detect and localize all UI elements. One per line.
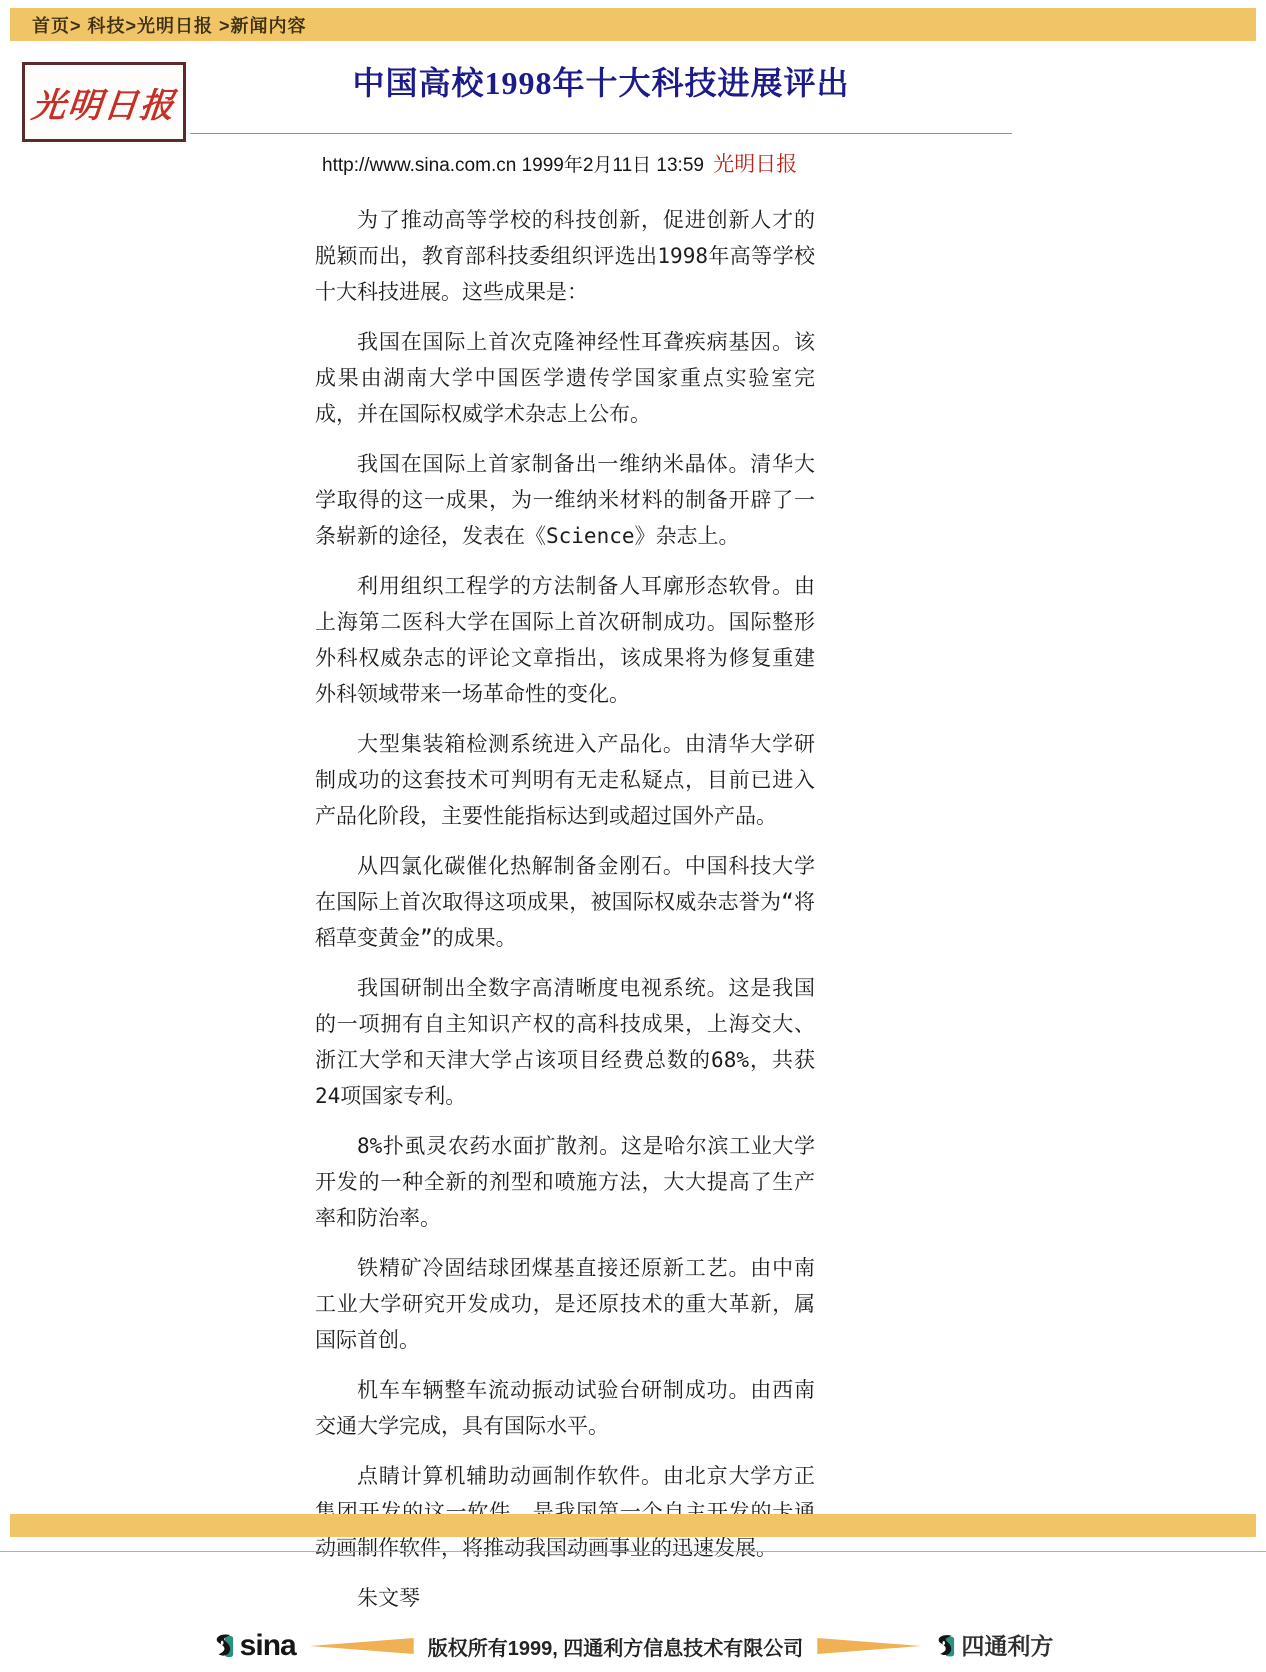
article-paragraph: 大型集装箱检测系统进入产品化。由清华大学研制成功的这套技术可判明有无走私疑点，目…: [315, 726, 815, 834]
title-block: 中国高校1998年十大科技进展评出: [190, 64, 1012, 102]
bottom-gold-bar: [10, 1514, 1256, 1537]
sina-eye-icon: [213, 1633, 235, 1660]
page-title: 中国高校1998年十大科技进展评出: [190, 64, 1012, 102]
article-paragraph: 铁精矿冷固结球团煤基直接还原新工艺。由中南工业大学研究开发成功，是还原技术的重大…: [315, 1250, 815, 1358]
article-paragraph: 为了推动高等学校的科技创新，促进创新人才的脱颖而出，教育部科技委组织评选出199…: [315, 202, 815, 310]
article-signature: 朱文琴: [315, 1580, 815, 1616]
stone-logo-text: 四通利方: [961, 1635, 1053, 1658]
footer: sina 版权所有1999, 四通利方信息技术有限公司 四通利方: [0, 1628, 1266, 1664]
left-wedge-icon: [310, 1638, 414, 1654]
byline-source[interactable]: 光明日报: [713, 153, 797, 176]
guangming-daily-logo-text: 光明日报: [29, 78, 178, 127]
breadcrumb-bar: 首页> 科技>光明日报 >新闻内容: [10, 8, 1256, 41]
article-paragraph: 我国在国际上首家制备出一维纳米晶体。清华大学取得的这一成果，为一维纳米材料的制备…: [315, 446, 815, 554]
byline: http://www.sina.com.cn 1999年2月11日 13:59 …: [322, 148, 797, 178]
bottom-divider: [0, 1551, 1266, 1552]
byline-url[interactable]: http://www.sina.com.cn: [322, 155, 516, 176]
article-paragraph: 点睛计算机辅助动画制作软件。由北京大学方正集团开发的这一软件，是我国第一个自主开…: [315, 1458, 815, 1566]
article-paragraph: 机车车辆整车流动振动试验台研制成功。由西南交通大学完成，具有国际水平。: [315, 1372, 815, 1444]
article-paragraph: 我国在国际上首次克隆神经性耳聋疾病基因。该成果由湖南大学中国医学遗传学国家重点实…: [315, 324, 815, 432]
stone-rich-sight-logo[interactable]: 四通利方: [935, 1634, 1053, 1659]
byline-datetime: 1999年2月11日 13:59: [522, 155, 704, 176]
breadcrumb[interactable]: 首页> 科技>光明日报 >新闻内容: [32, 12, 307, 38]
sina-logo-text: sina: [240, 1631, 296, 1661]
guangming-daily-logo[interactable]: 光明日报: [22, 62, 186, 142]
article-paragraph: 从四氯化碳催化热解制备金刚石。中国科技大学在国际上首次取得这项成果，被国际权威杂…: [315, 848, 815, 956]
stone-eye-icon: [935, 1634, 956, 1659]
copyright-text: 版权所有1999, 四通利方信息技术有限公司: [428, 1632, 804, 1661]
article-paragraph: 利用组织工程学的方法制备人耳廓形态软骨。由上海第二医科大学在国际上首次研制成功。…: [315, 568, 815, 712]
article-paragraph: 8%扑虱灵农药水面扩散剂。这是哈尔滨工业大学开发的一种全新的剂型和喷施方法，大大…: [315, 1128, 815, 1236]
sina-logo[interactable]: sina: [213, 1631, 296, 1661]
article-body: 为了推动高等学校的科技创新，促进创新人才的脱颖而出，教育部科技委组织评选出199…: [315, 202, 815, 1630]
title-divider: [190, 133, 1012, 134]
article-paragraph: 我国研制出全数字高清晰度电视系统。这是我国的一项拥有自主知识产权的高科技成果，上…: [315, 970, 815, 1114]
right-wedge-icon: [817, 1638, 921, 1654]
